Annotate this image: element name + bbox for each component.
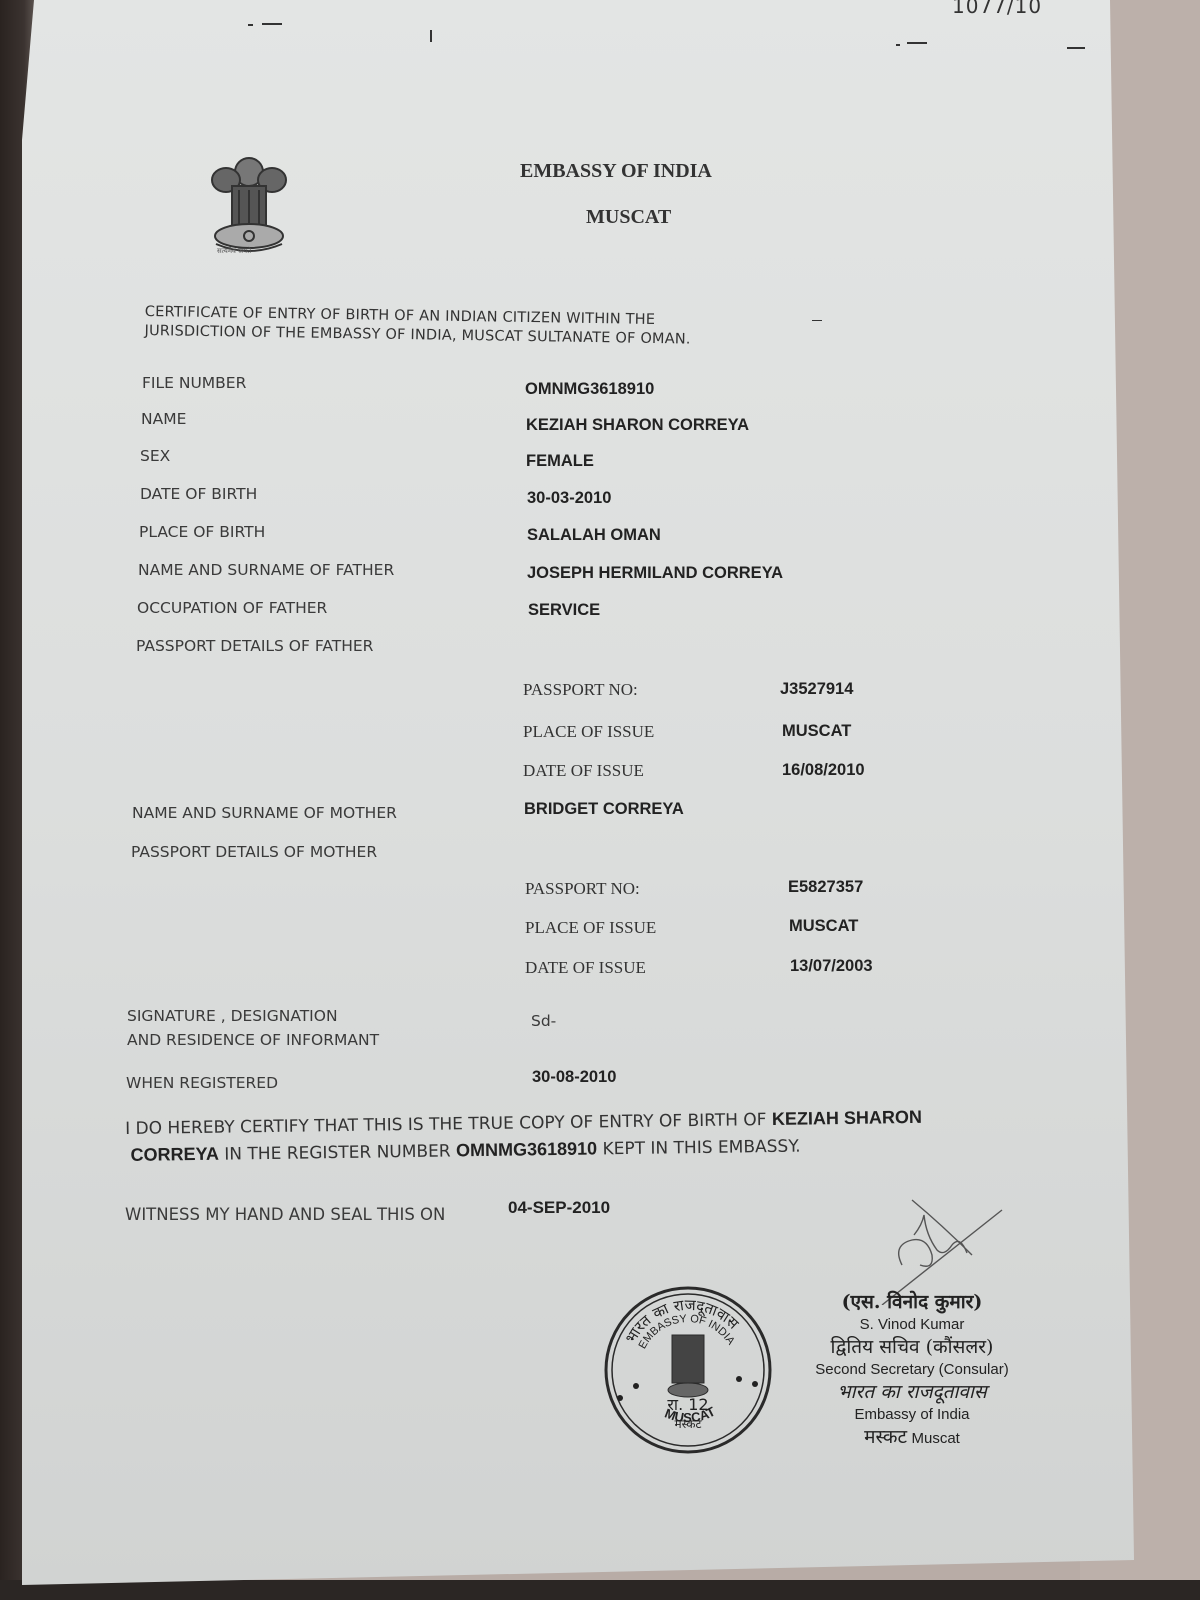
signatory-city-hindi: मस्कट [864, 1426, 907, 1448]
handwritten-signature-icon [872, 1195, 1022, 1305]
informant-label-line-2: AND RESIDENCE OF INFORMANT [127, 1028, 379, 1052]
field-label-mother-name: NAME AND SURNAME OF MOTHER [132, 804, 397, 822]
embassy-city: MUSCAT [586, 206, 671, 229]
certification-register-number: OMNMG3618910 [456, 1138, 597, 1160]
pen-mark [1067, 47, 1085, 49]
field-value-father-occupation: SERVICE [528, 601, 600, 620]
field-label-father-occupation: OCCUPATION OF FATHER [137, 599, 327, 617]
father-place-of-issue-label: PLACE OF ISSUE [523, 722, 654, 742]
mother-passport-no-label: PASSPORT NO: [525, 879, 640, 899]
father-passport-no-label: PASSPORT NO: [523, 680, 638, 700]
field-value-mother-name: BRIDGET CORREYA [524, 800, 684, 819]
national-emblem-icon [204, 150, 294, 260]
handwritten-reference: 1077/10 [952, 0, 1042, 18]
witness-label: WITNESS MY HAND AND SEAL THIS ON [125, 1205, 445, 1224]
field-label-when-registered: WHEN REGISTERED [126, 1074, 278, 1092]
signatory-name: S. Vinod Kumar [782, 1314, 1042, 1335]
mother-date-of-issue-label: DATE OF ISSUE [525, 958, 646, 978]
father-date-of-issue-label: DATE OF ISSUE [523, 761, 644, 781]
informant-label-line-1: SIGNATURE , DESIGNATION [127, 1004, 379, 1028]
field-label-sex: SEX [140, 447, 170, 465]
mother-place-of-issue-value: MUSCAT [789, 917, 858, 936]
signatory-block: (एस. विनोद कुमार) S. Vinod Kumar द्वितिय… [782, 1290, 1042, 1449]
pen-mark [896, 44, 900, 46]
pen-mark [248, 24, 253, 26]
signatory-title-hindi: द्वितिय सचिव (कौंसलर) [782, 1335, 1042, 1359]
signatory-name-hindi: (एस. विनोद कुमार) [782, 1290, 1042, 1314]
father-passport-no-value: J3527914 [780, 680, 853, 699]
father-date-of-issue-value: 16/08/2010 [782, 761, 865, 780]
field-label-mother-passport: PASSPORT DETAILS OF MOTHER [131, 843, 377, 861]
signatory-city: Muscat [912, 1430, 960, 1447]
pen-mark [430, 30, 432, 42]
pen-mark [907, 42, 927, 44]
certificate-page: 1077/10 सत्यमेव जयते EMBASSY OF INDIA MU… [22, 0, 1134, 1585]
field-value-dob: 30-03-2010 [527, 489, 611, 508]
certificate-intro: CERTIFICATE OF ENTRY OF BIRTH OF AN INDI… [144, 303, 691, 350]
field-label-file-number: FILE NUMBER [142, 374, 246, 392]
field-label-dob: DATE OF BIRTH [140, 485, 257, 503]
certification-statement: I DO HEREBY CERTIFY THAT THIS IS THE TRU… [125, 1102, 1026, 1169]
pen-mark [262, 23, 282, 25]
field-label-place-of-birth: PLACE OF BIRTH [139, 523, 265, 541]
field-value-file-number: OMNMG3618910 [525, 380, 654, 399]
field-value-place-of-birth: SALALAH OMAN [527, 526, 661, 545]
field-label-name: NAME [141, 410, 186, 428]
field-value-father-name: JOSEPH HERMILAND CORREYA [527, 564, 783, 583]
mother-passport-no-value: E5827357 [788, 878, 863, 897]
field-value-when-registered: 30-08-2010 [532, 1068, 616, 1087]
certification-child-name-2: CORREYA [130, 1144, 219, 1165]
father-place-of-issue-value: MUSCAT [782, 722, 851, 741]
signatory-title: Second Secretary (Consular) [782, 1359, 1042, 1380]
witness-date: 04-SEP-2010 [508, 1198, 610, 1218]
embassy-title: EMBASSY OF INDIA [520, 160, 712, 183]
mother-place-of-issue-label: PLACE OF ISSUE [525, 918, 656, 938]
embassy-seal-icon: भारत का राजदूतावास EMBASSY OF INDIA रा. … [598, 1280, 778, 1460]
field-label-informant: SIGNATURE , DESIGNATION AND RESIDENCE OF… [127, 1004, 379, 1052]
field-value-informant: Sd- [531, 1012, 556, 1030]
signatory-org-hindi: भारत का राजदूतावास [782, 1380, 1042, 1404]
certification-text-2: IN THE REGISTER NUMBER [219, 1141, 456, 1164]
signatory-org: Embassy of India [782, 1404, 1042, 1425]
field-value-name: KEZIAH SHARON CORREYA [526, 416, 749, 435]
field-label-father-name: NAME AND SURNAME OF FATHER [138, 561, 394, 579]
field-value-sex: FEMALE [526, 452, 594, 471]
mother-date-of-issue-value: 13/07/2003 [790, 957, 873, 976]
certification-child-name-1: KEZIAH SHARON [772, 1107, 922, 1129]
pen-mark [812, 320, 822, 321]
emblem-motto: सत्यमेव जयते [217, 247, 251, 256]
certification-text-3: KEPT IN THIS EMBASSY. [597, 1137, 801, 1160]
field-label-father-passport: PASSPORT DETAILS OF FATHER [136, 637, 373, 655]
backdrop-bottom-edge [0, 1580, 1200, 1600]
